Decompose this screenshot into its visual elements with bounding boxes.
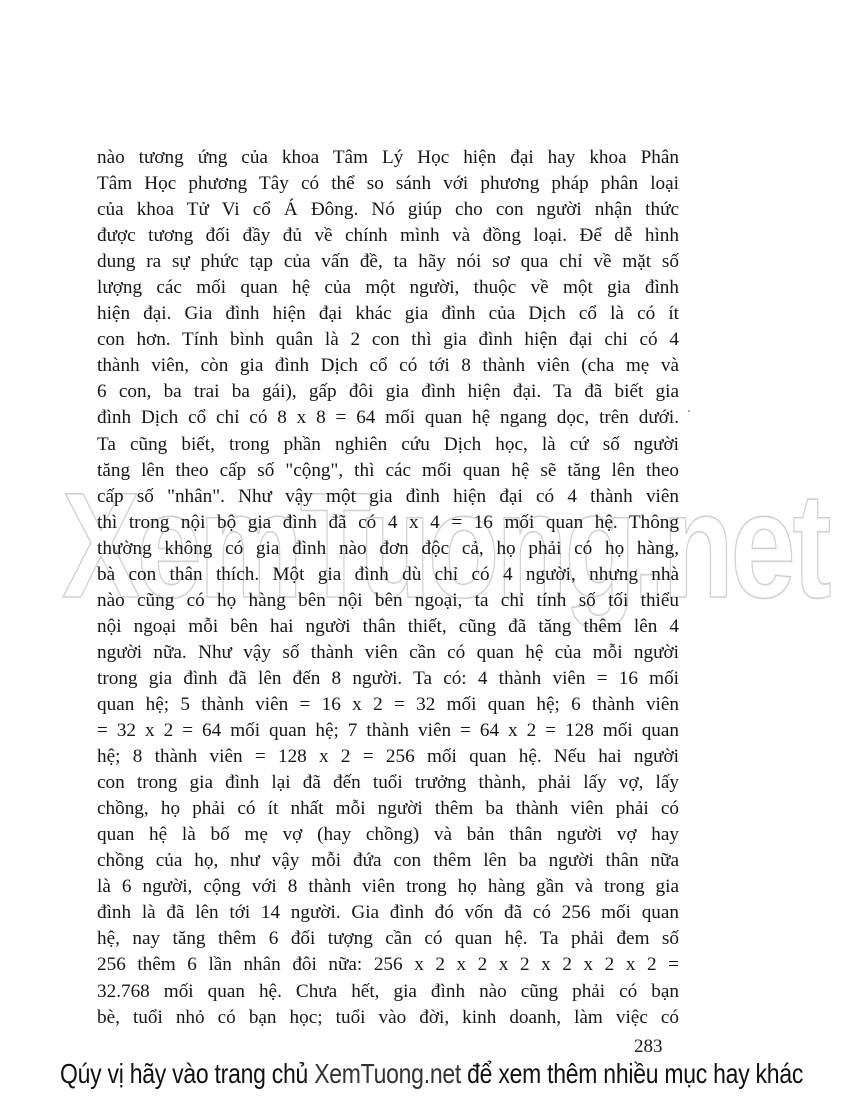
text-line: là 6 người, cộng với 8 thành viên trong …	[97, 874, 679, 900]
scan-speck	[688, 410, 690, 412]
text-line: thì trong nội bộ gia đình đã có 4 x 4 = …	[97, 510, 679, 536]
text-line: 6 con, ba trai ba gái), gấp đôi gia đình…	[97, 379, 679, 405]
text-line: con hơn. Tính bình quân là 2 con thì gia…	[97, 327, 679, 353]
text-line: thường không có gia đình nào đơn độc cả,…	[97, 536, 679, 562]
text-line: của khoa Tử Vi cổ Á Đông. Nó giúp cho co…	[97, 197, 679, 223]
footer-banner: Qúy vị hãy vào trang chủ XemTuong.net để…	[60, 1058, 667, 1090]
text-line: bè, tuổi nhỏ có bạn học; tuổi vào đời, k…	[97, 1005, 679, 1031]
footer-text-after: để xem thêm nhiều mục hay khác	[461, 1058, 803, 1089]
text-line: đình Dịch cổ chỉ có 8 x 8 = 64 mối quan …	[97, 405, 679, 431]
text-line: bà con thân thích. Một gia đình dù chỉ c…	[97, 562, 679, 588]
body-text: nào tương ứng của khoa Tâm Lý Học hiện đ…	[97, 145, 679, 1031]
footer-text-before: Qúy vị hãy vào trang chủ	[60, 1058, 314, 1089]
text-line: hệ, nay tăng thêm 6 đối tượng cần có qua…	[97, 926, 679, 952]
text-line: chồng của họ, như vậy mỗi đứa con thêm l…	[97, 848, 679, 874]
page-number: 283	[634, 1036, 663, 1058]
text-line: cấp số "nhân". Như vậy một gia đình hiện…	[97, 484, 679, 510]
text-line: người nữa. Như vậy số thành viên cần có …	[97, 640, 679, 666]
text-line: Tâm Học phương Tây có thể so sánh với ph…	[97, 171, 679, 197]
text-line: quan hệ; 5 thành viên = 16 x 2 = 32 mối …	[97, 692, 679, 718]
text-line: dung ra sự phức tạp của vấn đề, ta hãy n…	[97, 249, 679, 275]
text-line: tăng lên theo cấp số "cộng", thì các mối…	[97, 458, 679, 484]
text-line: nào tương ứng của khoa Tâm Lý Học hiện đ…	[97, 145, 679, 171]
text-line: hệ; 8 thành viên = 128 x 2 = 256 mối qua…	[97, 744, 679, 770]
text-line: 256 thêm 6 lần nhân đôi nữa: 256 x 2 x 2…	[97, 952, 679, 978]
text-line: nội ngoại mỗi bên hai người thân thiết, …	[97, 614, 679, 640]
text-line: quan hệ là bố mẹ vợ (hay chồng) và bản t…	[97, 822, 679, 848]
text-line: lượng các mối quan hệ của một người, thu…	[97, 275, 679, 301]
text-line: đình là đã lên tới 14 người. Gia đình đó…	[97, 900, 679, 926]
text-line: chồng, họ phải có ít nhất mỗi người thêm…	[97, 796, 679, 822]
text-line: nào cũng có họ hàng bên nội bên ngoại, t…	[97, 588, 679, 614]
text-line: = 32 x 2 = 64 mối quan hệ; 7 thành viên …	[97, 718, 679, 744]
text-line: con trong gia đình lại đã đến tuổi trưởn…	[97, 770, 679, 796]
text-line: trong gia đình đã lên đến 8 người. Ta có…	[97, 666, 679, 692]
text-line: 32.768 mối quan hệ. Chưa hết, gia đình n…	[97, 979, 679, 1005]
text-line: thành viên, còn gia đình Dịch cổ có tới …	[97, 353, 679, 379]
text-line: hiện đại. Gia đình hiện đại khác gia đìn…	[97, 301, 679, 327]
text-line: được tương đối đầy đủ về chính mình và đ…	[97, 223, 679, 249]
document-page: XemTuong.net nào tương ứng của khoa Tâm …	[0, 0, 850, 1102]
text-line: Ta cũng biết, trong phần nghiên cứu Dịch…	[97, 432, 679, 458]
footer-site-link[interactable]: XemTuong.net	[314, 1058, 461, 1089]
